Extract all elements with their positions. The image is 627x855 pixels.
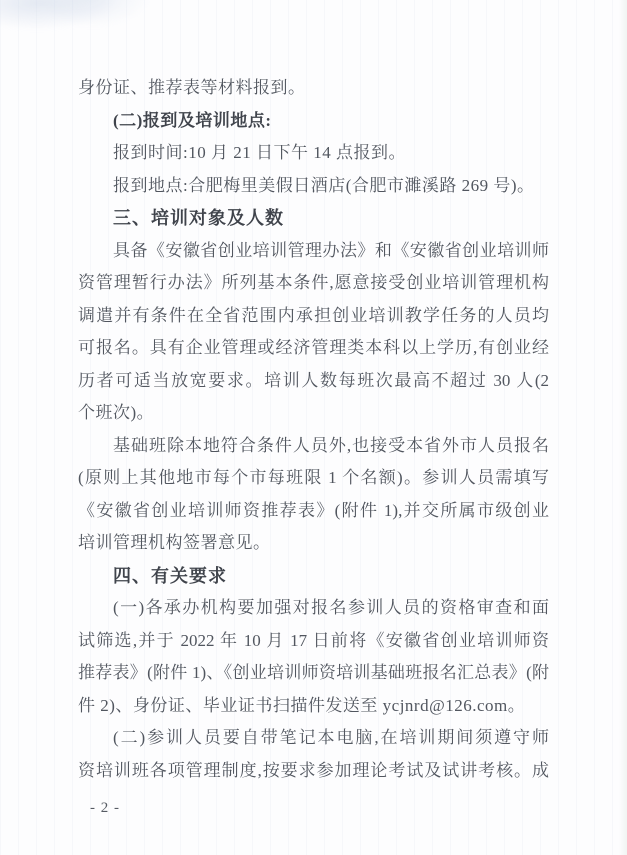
document-text-line: 资管理暂行办法》所列基本条件,愿意接受创业培训管理机构 — [78, 267, 549, 300]
scan-edge-tint — [619, 0, 627, 855]
document-text-line: 推荐表》(附件 1)、《创业培训师资培训基础班报名汇总表》(附 — [78, 657, 549, 690]
document-text-line: 培训管理机构签署意见。 — [78, 527, 549, 560]
document-text-line: (一)各承办机构要加强对报名参训人员的资格审查和面 — [78, 592, 549, 625]
document-text-line: 基础班除本地符合条件人员外,也接受本省外市人员报名 — [78, 430, 549, 463]
document-text-line: 历者可适当放宽要求。培训人数每班次最高不超过 30 人(2 — [78, 365, 549, 398]
document-heading-line: (二)报到及培训地点: — [78, 105, 549, 138]
document-text-line: 《安徽省创业培训师资推荐表》(附件 1),并交所属市级创业 — [78, 495, 549, 528]
scan-smudge — [0, 0, 170, 52]
document-text-line: 调遣并有条件在全省范围内承担创业培训教学任务的人员均 — [78, 300, 549, 333]
document-text-line: 报到地点:合肥梅里美假日酒店(合肥市濉溪路 269 号)。 — [78, 170, 549, 203]
document-text-line: 个班次)。 — [78, 397, 549, 430]
document-text-line: 可报名。具有企业管理或经济管理类本科以上学历,有创业经 — [78, 332, 549, 365]
document-text-line: 件 2)、身份证、毕业证书扫描件发送至 ycjnrd@126.com。 — [78, 690, 549, 723]
document-text-line: (原则上其他地市每个市每班限 1 个名额)。参训人员需填写 — [78, 462, 549, 495]
document-text-line: 报到时间:10 月 21 日下午 14 点报到。 — [78, 137, 549, 170]
document-heading-line: 四、有关要求 — [78, 560, 549, 593]
document-body: 身份证、推荐表等材料报到。(二)报到及培训地点:报到时间:10 月 21 日下午… — [78, 72, 549, 787]
document-text-line: 具备《安徽省创业培训管理办法》和《安徽省创业培训师 — [78, 235, 549, 268]
document-text-line: 试筛选,并于 2022 年 10 月 17 日前将《安徽省创业培训师资 — [78, 625, 549, 658]
document-text-line: 资培训班各项管理制度,按要求参加理论考试及试讲考核。成 — [78, 755, 549, 788]
document-text-line: (二)参训人员要自带笔记本电脑,在培训期间须遵守师 — [78, 722, 549, 755]
document-heading-line: 三、培训对象及人数 — [78, 202, 549, 235]
page-number: - 2 - — [90, 800, 120, 817]
scanned-document-page: 身份证、推荐表等材料报到。(二)报到及培训地点:报到时间:10 月 21 日下午… — [0, 0, 627, 855]
document-text-line: 身份证、推荐表等材料报到。 — [78, 72, 549, 105]
